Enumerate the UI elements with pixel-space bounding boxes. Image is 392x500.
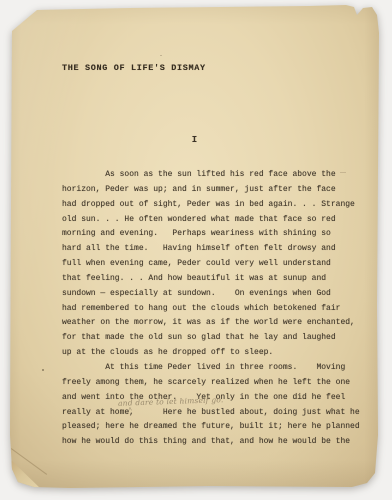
typed-line: for that made the old sun so glad that h…	[62, 331, 367, 346]
typed-line: morning and evening. Perhaps weariness w…	[62, 227, 367, 242]
typed-line: up at the clouds as he dropped off to sl…	[62, 346, 367, 361]
typed-line: sundown — especially at sundown. On even…	[62, 287, 367, 302]
typed-line: freely among them, he scarcely realized …	[62, 376, 367, 391]
typed-line: had dropped out of sight, Peder was in b…	[62, 198, 367, 213]
typed-line: horizon, Peder was up; and in summer, ju…	[62, 183, 367, 198]
chapter-numeral: I	[10, 135, 379, 145]
insertion-caret-mark: ^	[128, 407, 133, 415]
typed-line: had remembered to hang out the clouds wh…	[62, 302, 367, 317]
bottom-left-fold	[10, 459, 41, 489]
typed-line: how he would do this thing and that, and…	[62, 435, 367, 450]
typed-line: pleased; here he dreamed the future, bui…	[62, 420, 367, 435]
typed-body: As soon as the sun lifted his red face a…	[62, 168, 367, 450]
typed-line: old sun. . . He often wondered what made…	[62, 213, 367, 228]
typed-line: full when evening came, Peder could very…	[62, 257, 367, 272]
manuscript-page: THE SONG OF LIFE'S DISMAY I As soon as t…	[10, 5, 379, 489]
paper-speck	[160, 55, 162, 56]
typed-line: really at home, Here he bustled about, d…	[62, 406, 367, 421]
typed-line: As soon as the sun lifted his red face a…	[62, 168, 367, 183]
page-title: THE SONG OF LIFE'S DISMAY	[62, 63, 206, 73]
typed-line: weather on the morrow, it was as if the …	[62, 316, 367, 331]
typed-line: At this time Peder lived in three rooms.…	[62, 361, 367, 376]
paper-speck	[42, 369, 44, 371]
paper-speck	[340, 172, 346, 173]
document-scan: THE SONG OF LIFE'S DISMAY I As soon as t…	[0, 0, 392, 500]
typed-line: that feeling. . . And how beautiful it w…	[62, 272, 367, 287]
typed-line: hard all the time. Having himself often …	[62, 242, 367, 257]
